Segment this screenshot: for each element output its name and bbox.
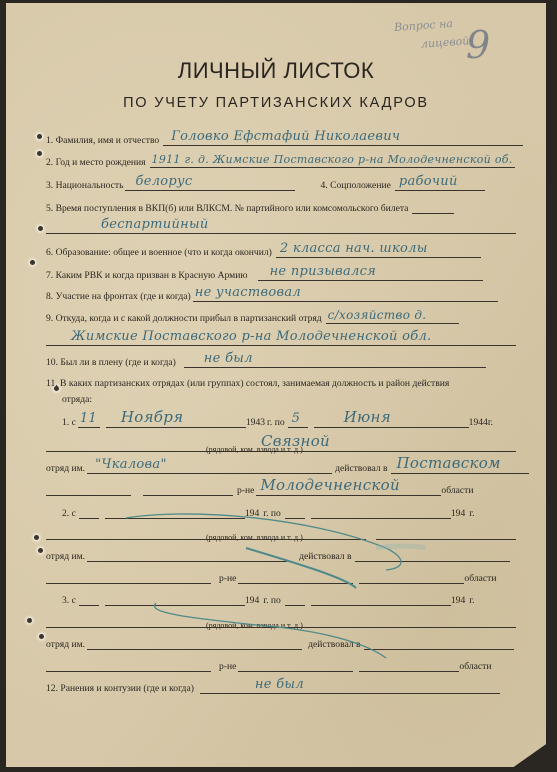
acted-label: действовал в [335, 463, 387, 474]
year-end: г. [469, 595, 474, 606]
otryad-value: "Чкалова" [95, 457, 167, 472]
oblast-value: Молодечненской [260, 476, 400, 494]
field-arrival: 9. Откуда, когда и с какой должности при… [46, 311, 459, 324]
full-name-value: Головко Ефстафий Николаевич [171, 129, 400, 144]
otryad-label: отряд им. [46, 639, 85, 650]
field-nationality: 3. Национальность белорус 4. Соцположени… [46, 178, 485, 191]
punch-hole [37, 151, 42, 156]
units-label-line1: 11. В каких партизанских отрядах (или гр… [46, 378, 449, 389]
birth-label: 2. Год и место рождения [46, 157, 146, 168]
party-value: беспартийный [101, 217, 209, 232]
year-suffix: г. по [267, 417, 285, 428]
acted-value: Поставском [397, 454, 501, 472]
unit-entry-1-area: р-не Молодечненской области [46, 483, 473, 496]
punch-hole [39, 634, 44, 639]
year-end: г. [469, 508, 474, 519]
wounds-value: не был [255, 677, 304, 692]
conscription-label: 7. Каким РВК и когда призван в Красную А… [46, 270, 248, 281]
arrival-value-line2: Жимские Поставского р-на Молодечненской … [71, 329, 431, 344]
unit-entry-1-dates: 1. с 11 Ноября 1943 г. по 5 Июня 1944 г. [62, 415, 493, 428]
punch-hole [27, 618, 32, 623]
year-to: 1944 [469, 417, 488, 428]
day-from: 11 [80, 411, 97, 426]
education-value: 2 класса нач. школы [280, 241, 428, 256]
field-education: 6. Образование: общее и военное (что и к… [46, 245, 481, 258]
corner-note-line1: Вопрос на [394, 17, 454, 34]
captivity-value: не был [204, 351, 253, 366]
corner-note-line2: лицевой [421, 34, 470, 50]
social-status-value: рабочий [399, 174, 458, 189]
year-end: г. [488, 417, 493, 428]
field-fronts: 8. Участие на фронтах (где и когда) не у… [46, 289, 498, 302]
punch-hole [30, 260, 35, 265]
year-to: 194 [451, 508, 465, 519]
unit-entry-1-otryad: отряд им. "Чкалова" действовал в Поставс… [46, 461, 529, 474]
entry-number: 1. с [62, 417, 76, 428]
entry-number: 3. с [62, 595, 76, 606]
month-to: Июня [344, 408, 391, 426]
wounds-label: 12. Ранения и контузии (где и когда) [46, 683, 194, 694]
pen-stroke-icon [106, 508, 426, 678]
otryad-label: отряд им. [46, 463, 85, 474]
document-title: ЛИЧНЫЙ ЛИСТОК [6, 58, 546, 84]
conscription-value: не призывался [270, 264, 377, 279]
social-status-label: 4. Соцположение [320, 180, 390, 191]
oblast-label: области [459, 661, 491, 672]
day-to: 5 [292, 411, 301, 426]
field-conscription: 7. Каким РВК и когда призван в Красную А… [46, 268, 483, 281]
field-full-name: 1. Фамилия, имя и отчество Головко Ефста… [46, 133, 523, 146]
field-party-line2: беспартийный [46, 221, 516, 234]
entry-number: 2. с [62, 508, 76, 519]
field-party: 5. Время поступления в ВКП(б) или ВЛКСМ.… [46, 201, 454, 214]
punch-hole [38, 548, 43, 553]
position-caption: (рядовой, ком. взвода и т. д.) [206, 445, 303, 454]
field-units-heading: 11. В каких партизанских отрядах (или гр… [46, 378, 449, 389]
document-page: Вопрос на лицевой 9 ЛИЧНЫЙ ЛИСТОК ПО УЧЕ… [6, 3, 546, 767]
full-name-label: 1. Фамилия, имя и отчество [46, 135, 159, 146]
punch-hole [37, 134, 42, 139]
oblast-label: области [441, 485, 473, 496]
field-units-heading-2: отряда: [62, 394, 92, 405]
education-label: 6. Образование: общее и военное (что и к… [46, 247, 272, 258]
rayon-label: р-не [237, 485, 254, 496]
party-label: 5. Время поступления в ВКП(б) или ВЛКСМ.… [46, 203, 408, 214]
arrival-value-line1: с/хозяйство д. [328, 308, 427, 322]
year-to: 194 [451, 595, 465, 606]
otryad-label: отряд им. [46, 551, 85, 562]
captivity-label: 10. Был ли в плену (где и когда) [46, 357, 176, 368]
arrival-label: 9. Откуда, когда и с какой должности при… [46, 313, 322, 324]
month-from: Ноября [121, 408, 184, 426]
oblast-label: области [464, 573, 496, 584]
document-subtitle: ПО УЧЕТУ ПАРТИЗАНСКИХ КАДРОВ [6, 95, 546, 111]
nationality-value: белорус [135, 174, 192, 189]
field-captivity: 10. Был ли в плену (где и когда) не был [46, 355, 486, 368]
field-arrival-line2: Жимские Поставского р-на Молодечненской … [46, 333, 516, 346]
punch-hole [34, 535, 39, 540]
field-wounds: 12. Ранения и контузии (где и когда) не … [46, 681, 500, 694]
units-label-line2: отряда: [62, 394, 92, 405]
birth-value: 1911 г. д. Жимские Поставского р-на Моло… [152, 153, 513, 166]
punch-hole [38, 226, 43, 231]
fronts-label: 8. Участие на фронтах (где и когда) [46, 291, 191, 302]
year-from: 1943 [246, 417, 265, 428]
field-birth: 2. Год и место рождения 1911 г. д. Жимск… [46, 155, 515, 168]
fronts-value: не участвовал [195, 285, 301, 300]
nationality-label: 3. Национальность [46, 180, 123, 191]
